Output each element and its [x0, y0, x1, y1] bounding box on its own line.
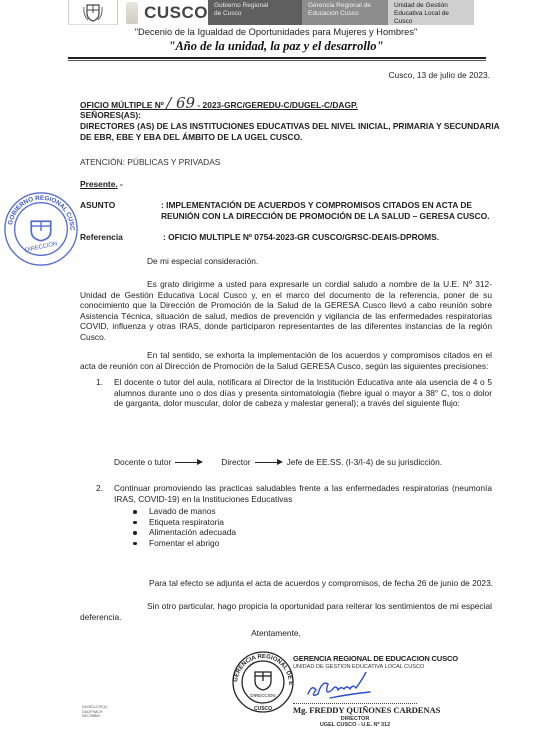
point-1-number: 1. — [96, 377, 103, 388]
flow-step-teacher: Docente o tutor — [114, 457, 171, 468]
header-rule — [68, 57, 486, 59]
subject-label: ASUNTO — [80, 200, 115, 211]
attention-line: ATENCIÓN: PÚBLICAS Y PRIVADAS — [80, 157, 220, 168]
block3-line1: Unidad de Gestión — [394, 2, 468, 10]
practice-item: Etiqueta respiratoria — [131, 517, 236, 528]
block2-line1: Gerencia Regional de — [308, 2, 382, 10]
recipient-salutation: SEÑORES(AS): — [80, 110, 141, 121]
arrow-right-icon — [175, 462, 201, 463]
reference-initials: DUGEL/C/FQC DAGP/MCH SEC/MBM — [82, 705, 108, 719]
gerencia-regional-block: Gerencia Regional de Educación Cusco — [302, 0, 388, 25]
svg-text:DIRECCION: DIRECCION — [250, 693, 275, 698]
flow-step-director: Director — [221, 457, 250, 468]
signer-entity: GERENCIA REGIONAL DE EDUCACION CUSCO — [293, 654, 458, 663]
regional-government-stamp: DIRECCION GOBIERNO REGIONAL CUSCO — [2, 190, 80, 268]
signature-line — [293, 703, 417, 704]
cusco-logo-text: CUSCO — [144, 3, 208, 23]
letterhead-banner: CUSCO Gobierno Regional de Cusco Gerenci… — [68, 0, 474, 25]
initials-line: DUGEL/C/FQC — [82, 705, 108, 710]
signer-unit: UGEL CUSCO - U.E. Nº 312 — [293, 722, 417, 728]
healthy-practices-list: Lavado de manos Etiqueta respiratoria Al… — [131, 506, 236, 548]
signer-subentity: UNIDAD DE GESTION EDUCATIVA LOCAL CUSCO — [293, 664, 424, 670]
practice-item: Alimentación adecuada — [131, 527, 236, 538]
presente-label: Presente. — [80, 179, 118, 189]
ugel-block: Unidad de Gestión Educativa Local de Cus… — [388, 0, 474, 25]
handwritten-signature — [300, 672, 380, 702]
cusco-emblem-icon — [126, 2, 138, 24]
closing-text: Sin otro particular, hago propicia la op… — [80, 601, 492, 622]
subject-value: : IMPLEMENTACIÓN DE ACUERDOS Y COMPROMIS… — [161, 200, 491, 221]
svg-text:GOBIERNO REGIONAL CUSCO: GOBIERNO REGIONAL CUSCO — [2, 190, 75, 231]
oficio-prefix: OFICIO MÚLTIPLE Nº — [80, 100, 164, 110]
point-2: 2. Continuar promoviendo las practicas s… — [96, 483, 492, 504]
block2-line2: Educación Cusco — [308, 10, 382, 18]
flow-step-health-chief: Jefe de EE.SS. (I-3/I-4) de su jurisdicc… — [287, 457, 442, 468]
decenio-slogan: "Decenio de la Igualdad de Oportunidades… — [0, 27, 552, 37]
block3-line2: Educativa Local de Cusco — [394, 10, 468, 26]
geresa-direction-stamp: GERENCIA REGIONAL DE EDUCACION DIRECCION… — [231, 650, 295, 714]
point-1: 1. El docente o tutor del aula, notifica… — [96, 377, 492, 409]
cusco-logo: CUSCO — [118, 0, 208, 25]
recipient-directors: DIRECTORES (AS) DE LAS INSTITUCIONES EDU… — [80, 121, 500, 142]
oficio-suffix: - 2023-GRC/GEREDU-C/DUGEL-C/DAGP. — [195, 100, 358, 110]
point-1-text: El docente o tutor del aula, notificara … — [114, 377, 492, 409]
paragraph-intro-text: Es grato dirigirme a usted para expresar… — [80, 279, 492, 342]
practice-item: Fomentar el abrigo — [131, 538, 236, 549]
block1-line1: Gobierno Regional — [214, 2, 296, 10]
header-rule-thin — [68, 60, 486, 61]
point-2-text: Continuar promoviendo las practicas salu… — [114, 483, 492, 504]
practice-item: Lavado de manos — [131, 506, 236, 517]
svg-text:CUSCO: CUSCO — [254, 706, 272, 712]
initials-line: SEC/MBM — [82, 714, 108, 719]
document-date: Cusco, 13 de julio de 2023. — [388, 70, 490, 81]
presente-line: Presente. - — [80, 179, 123, 190]
greeting: De mi especial consideración. — [147, 256, 258, 267]
paragraph-exhort-text: En tal sentido, se exhorta la implementa… — [80, 350, 492, 371]
gobierno-regional-block: Gobierno Regional de Cusco — [208, 0, 302, 25]
signer-name: Mg. FREDDY QUIÑONES CARDENAS — [293, 705, 440, 715]
signer-title: DIRECTOR UGEL CUSCO - U.E. Nº 312 — [293, 716, 417, 728]
paragraph-exhort: En tal sentido, se exhorta la implementa… — [80, 350, 492, 371]
year-slogan: "Año de la unidad, la paz y el desarroll… — [0, 39, 552, 54]
reference-value: : OFICIO MULTIPLE Nº 0754-2023-GR CUSCO/… — [163, 232, 439, 243]
point-2-number: 2. — [96, 483, 103, 494]
oficio-handwritten-number: / 69 — [166, 94, 195, 112]
notification-flow: Docente o tutor Director Jefe de EE.SS. … — [114, 457, 442, 468]
presente-dash: - — [118, 179, 123, 189]
paragraph-intro: Es grato dirigirme a usted para expresar… — [80, 279, 492, 343]
reference-label: Referencia — [80, 232, 123, 243]
coat-of-arms-icon — [82, 1, 104, 23]
sign-off: Atentamente, — [0, 628, 552, 639]
arrow-right-icon — [255, 462, 281, 463]
attachment-note: Para tal efecto se adjunta el acta de ac… — [149, 578, 493, 589]
closing-paragraph: Sin otro particular, hago propicia la op… — [80, 601, 492, 622]
peru-coat-of-arms — [68, 0, 118, 25]
block1-line2: de Cusco — [214, 10, 296, 18]
